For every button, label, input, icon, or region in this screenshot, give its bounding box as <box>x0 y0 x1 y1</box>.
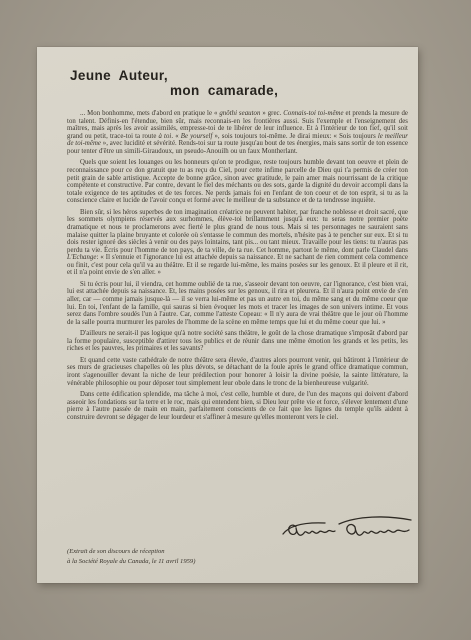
reception-citation: (Extrait de son discours de réception à … <box>67 547 195 566</box>
title-line-2: mon camarade, <box>170 83 278 98</box>
document-title: Jeune Auteur, mon camarade, <box>70 68 278 98</box>
paragraph: ... Mon bonhomme, mets d'abord en pratiq… <box>67 110 408 156</box>
document-page: Jeune Auteur, mon camarade, ... Mon bonh… <box>37 47 418 583</box>
paragraph: D'ailleurs ne serait-il pas logique qu'à… <box>67 330 408 353</box>
title-line-1: Jeune Auteur, <box>70 68 168 83</box>
paragraph: Et quand cette vaste cathédrale de notre… <box>67 357 408 387</box>
paragraph: Dans cette édification splendide, ma tâc… <box>67 391 408 421</box>
signature <box>281 511 413 553</box>
speech-body: ... Mon bonhomme, mets d'abord en pratiq… <box>67 110 408 425</box>
paragraph: Si tu écris pour lui, il viendra, cet ho… <box>67 281 408 327</box>
paragraph: Bien sûr, si les héros superbes de ton i… <box>67 209 408 277</box>
paragraph: Quels que soient les louanges ou les hon… <box>67 159 408 205</box>
citation-line-2: à la Société Royale du Canada, le 11 avr… <box>67 557 195 567</box>
photo-background: Jeune Auteur, mon camarade, ... Mon bonh… <box>0 0 471 640</box>
signature-stroke <box>281 511 413 553</box>
citation-line-1: (Extrait de son discours de réception <box>67 547 195 557</box>
